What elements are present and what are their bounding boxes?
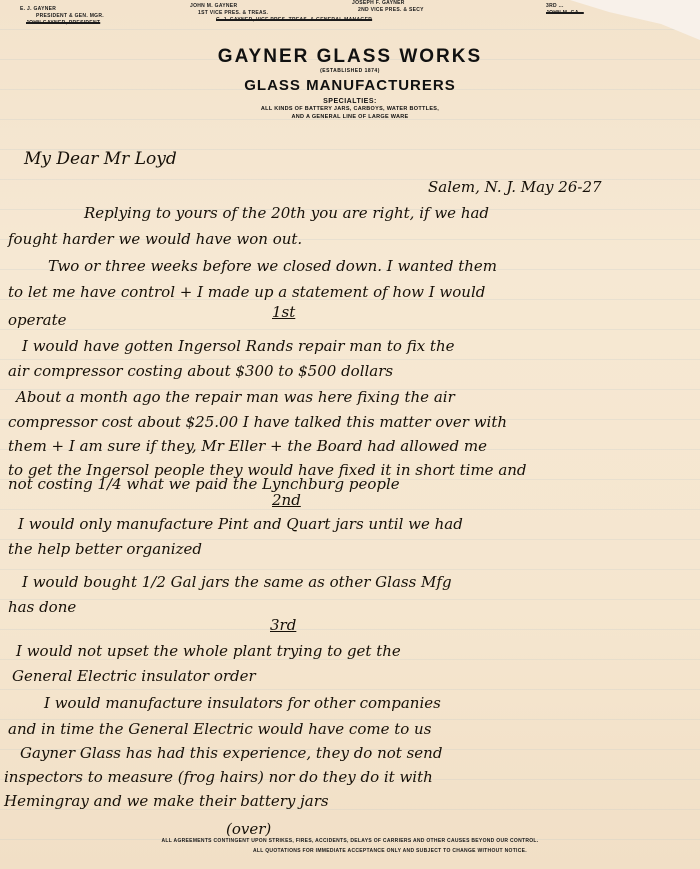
letter-line: and in time the General Electric would h… — [8, 720, 431, 738]
officer-3: Joseph F. Gayner 2nd Vice Pres. & Secy — [352, 0, 424, 14]
company-name: Gayner Glass Works — [0, 46, 700, 68]
over-note: (over) — [226, 820, 271, 838]
specialties-line-2: and a general line of large ware — [0, 114, 700, 120]
footer-line-1: All agreements contingent upon strikes, … — [0, 838, 700, 844]
officer-4: 3rd ... John M. Ga... — [546, 3, 584, 17]
officer-title: 1st Vice Pres. & Treas. — [190, 10, 372, 17]
letter-line: About a month ago the repair man was her… — [16, 388, 455, 406]
officer-name: Joseph F. Gayner — [352, 0, 424, 7]
specialties-line-1: All kinds of battery jars, carboys, wate… — [0, 106, 700, 112]
letter-line: I would not upset the whole plant trying… — [16, 642, 401, 660]
letter-line: inspectors to measure (frog hairs) nor d… — [4, 768, 433, 786]
letter-line: Two or three weeks before we closed down… — [48, 257, 497, 275]
letter-line: Replying to yours of the 20th you are ri… — [84, 204, 489, 222]
officer-title: 2nd Vice Pres. & Secy — [352, 7, 424, 14]
officer-struck: John M. Ga... — [546, 10, 584, 17]
officer-struck: John Gayner, President — [20, 20, 104, 27]
specialties-label: Specialties: — [0, 98, 700, 105]
letter-line: air compressor costing about $300 to $50… — [8, 362, 393, 380]
section-heading-3: 3rd — [270, 616, 296, 634]
letter-line: to let me have control + I made up a sta… — [8, 283, 485, 301]
letter-line: them + I am sure if they, Mr Eller + the… — [8, 437, 487, 455]
letter-line: fought harder we would have won out. — [8, 230, 302, 248]
letter-line: General Electric insulator order — [12, 667, 256, 685]
officer-name: John M. Gayner — [190, 3, 372, 10]
section-heading-1: 1st — [272, 303, 295, 321]
letter-line: has done — [8, 598, 76, 616]
letter-line: I would manufacture insulators for other… — [44, 694, 441, 712]
footer-line-2: All quotations for immediate acceptance … — [0, 848, 700, 854]
officer-1: E. J. Gayner President & Gen. Mgr. John … — [20, 6, 104, 27]
officer-2: John M. Gayner 1st Vice Pres. & Treas. C… — [190, 3, 372, 24]
salutation: My Dear Mr Loyd — [24, 150, 177, 168]
letter-line: Gayner Glass has had this experience, th… — [20, 744, 442, 762]
letter-line: not costing 1/4 what we paid the Lynchbu… — [8, 475, 400, 493]
officer-struck: C. J. Gayner, Vice Pres. Treas. & Genera… — [190, 17, 372, 24]
letter-line: compressor cost about $25.00 I have talk… — [8, 413, 507, 431]
letter-line: Hemingray and we make their battery jars — [4, 792, 329, 810]
letter-line: the help better organized — [8, 540, 202, 558]
place-date: Salem, N. J. May 26-27 — [428, 178, 602, 196]
bleed-through-lines — [0, 0, 700, 869]
letter-line: I would only manufacture Pint and Quart … — [18, 515, 463, 533]
officer-title: President & Gen. Mgr. — [20, 13, 104, 20]
officer-name: 3rd ... — [546, 3, 584, 10]
company-subtitle: Glass Manufacturers — [0, 77, 700, 94]
officer-name: E. J. Gayner — [20, 6, 104, 13]
letter-line: operate — [8, 311, 67, 329]
letter-page: E. J. Gayner President & Gen. Mgr. John … — [0, 0, 700, 869]
established: (Established 1874) — [0, 68, 700, 74]
section-heading-2: 2nd — [272, 491, 301, 509]
letter-line: I would have gotten Ingersol Rands repai… — [22, 337, 455, 355]
letter-line: I would bought 1/2 Gal jars the same as … — [22, 573, 452, 591]
